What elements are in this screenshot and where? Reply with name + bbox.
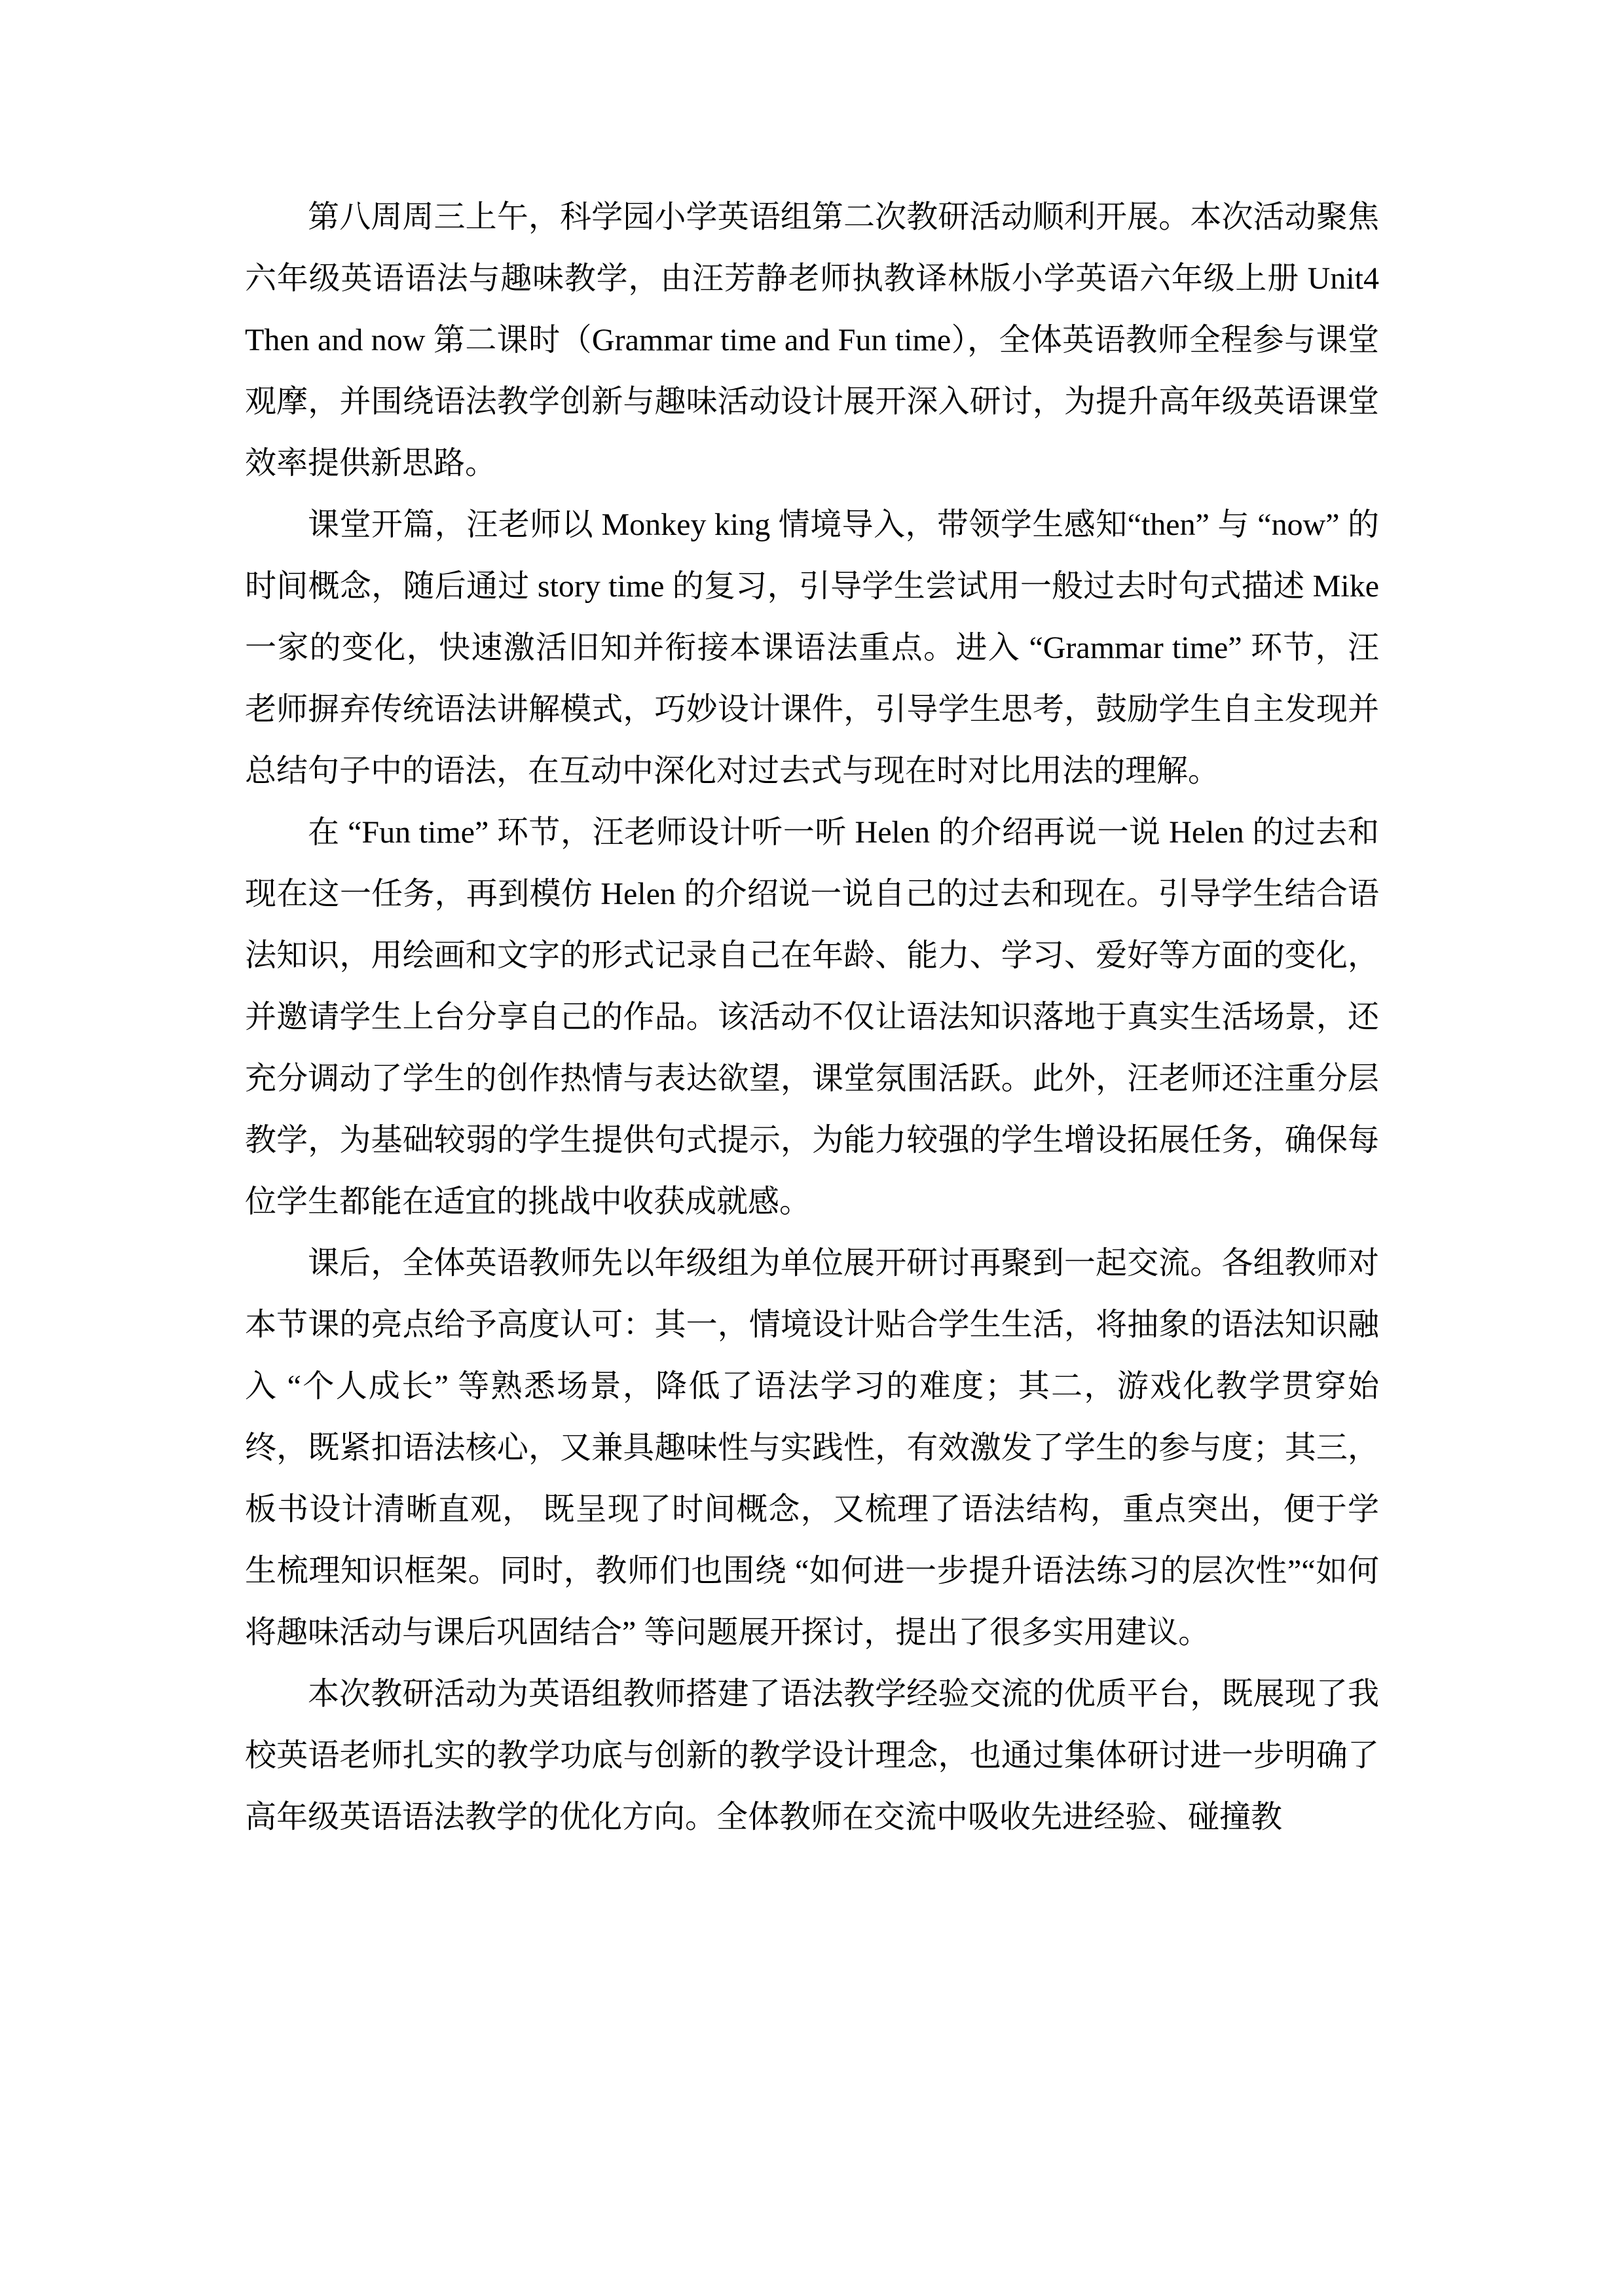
paragraph-intro: 第八周周三上午，科学园小学英语组第二次教研活动顺利开展。本次活动聚焦六年级英语语… bbox=[245, 187, 1379, 494]
paragraph-post-lesson-discussion: 课后，全体英语教师先以年级组为单位展开研讨再聚到一起交流。各组教师对本节课的亮点… bbox=[245, 1233, 1379, 1664]
paragraph-lesson-opening: 课堂开篇，汪老师以 Monkey king 情境导入，带领学生感知“then” … bbox=[245, 494, 1379, 802]
paragraph-conclusion: 本次教研活动为英语组教师搭建了语法教学经验交流的优质平台，既展现了我校英语老师扎… bbox=[245, 1664, 1379, 1848]
document-page: 第八周周三上午，科学园小学英语组第二次教研活动顺利开展。本次活动聚焦六年级英语语… bbox=[0, 0, 1624, 2296]
paragraph-fun-time: 在 “Fun time” 环节，汪老师设计听一听 Helen 的介绍再说一说 H… bbox=[245, 802, 1379, 1233]
document-body: 第八周周三上午，科学园小学英语组第二次教研活动顺利开展。本次活动聚焦六年级英语语… bbox=[245, 187, 1379, 1848]
